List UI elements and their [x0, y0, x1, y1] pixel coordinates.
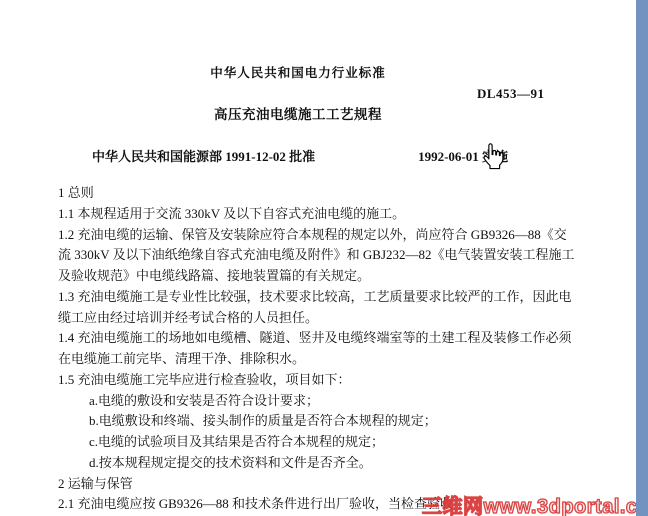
watermark-text: 三维网www.3dportal.cn: [422, 490, 648, 516]
body-line: 及验收规范》中电缆线路篇、接地装置篇的有关规定。: [58, 266, 580, 287]
body-line: 在电缆施工前完毕、清理干净、排除积水。: [58, 349, 580, 370]
body-line: 1.1 本规程适用于交流 330kV 及以下自容式充油电缆的施工。: [58, 204, 580, 225]
body-line: 流 330kV 及以下油纸绝缘自容式充油电缆及附件》和 GBJ232—82《电气…: [58, 245, 580, 266]
standard-type-heading: 中华人民共和国电力行业标准: [0, 63, 596, 81]
window-edge-strip: [636, 0, 648, 516]
body-line: 1.4 充油电缆施工的场地如电缆槽、隧道、竖井及电缆终端室等的土建工程及装修工作…: [58, 328, 580, 349]
body-line: 1.3 充油电缆施工是专业性比较强，技术要求比较高，工艺质量要求比较严的工作，因…: [58, 287, 580, 308]
body-line: 1 总则: [58, 183, 580, 204]
body-line-item-c: c.电缆的试验项目及其结果是否符合本规程的规定；: [58, 432, 580, 453]
hand-pointer-cursor-icon: [481, 143, 504, 170]
approval-text: 中华人民共和国能源部 1991-12-02 批准: [92, 146, 315, 165]
approval-row: 中华人民共和国能源部 1991-12-02 批准 1992-06-01 实施: [92, 146, 508, 165]
body-line-item-a: a.电缆的敷设和安装是否符合设计要求；: [58, 391, 580, 412]
document-body: 1 总则 1.1 本规程适用于交流 330kV 及以下自容式充油电缆的施工。 1…: [58, 183, 580, 515]
body-line: 1.2 充油电缆的运输、保管及安装除应符合本规程的规定以外，尚应符合 GB932…: [58, 225, 580, 246]
body-line: 缆工应由经过培训并经考试合格的人员担任。: [58, 308, 580, 329]
body-line-item-b: b.电缆敷设和终端、接头制作的质量是否符合本规程的规定；: [58, 411, 580, 432]
body-line: 1.5 充油电缆施工完毕应进行检查验收，项目如下：: [58, 370, 580, 391]
document-page: 中华人民共和国电力行业标准 DL453—91 高压充油电缆施工工艺规程 中华人民…: [0, 0, 648, 516]
document-title: 高压充油电缆施工工艺规程: [0, 103, 596, 123]
standard-number: DL453—91: [477, 86, 545, 102]
body-line-item-d: d.按本规程规定提交的技术资料和文件是否齐全。: [58, 453, 580, 474]
